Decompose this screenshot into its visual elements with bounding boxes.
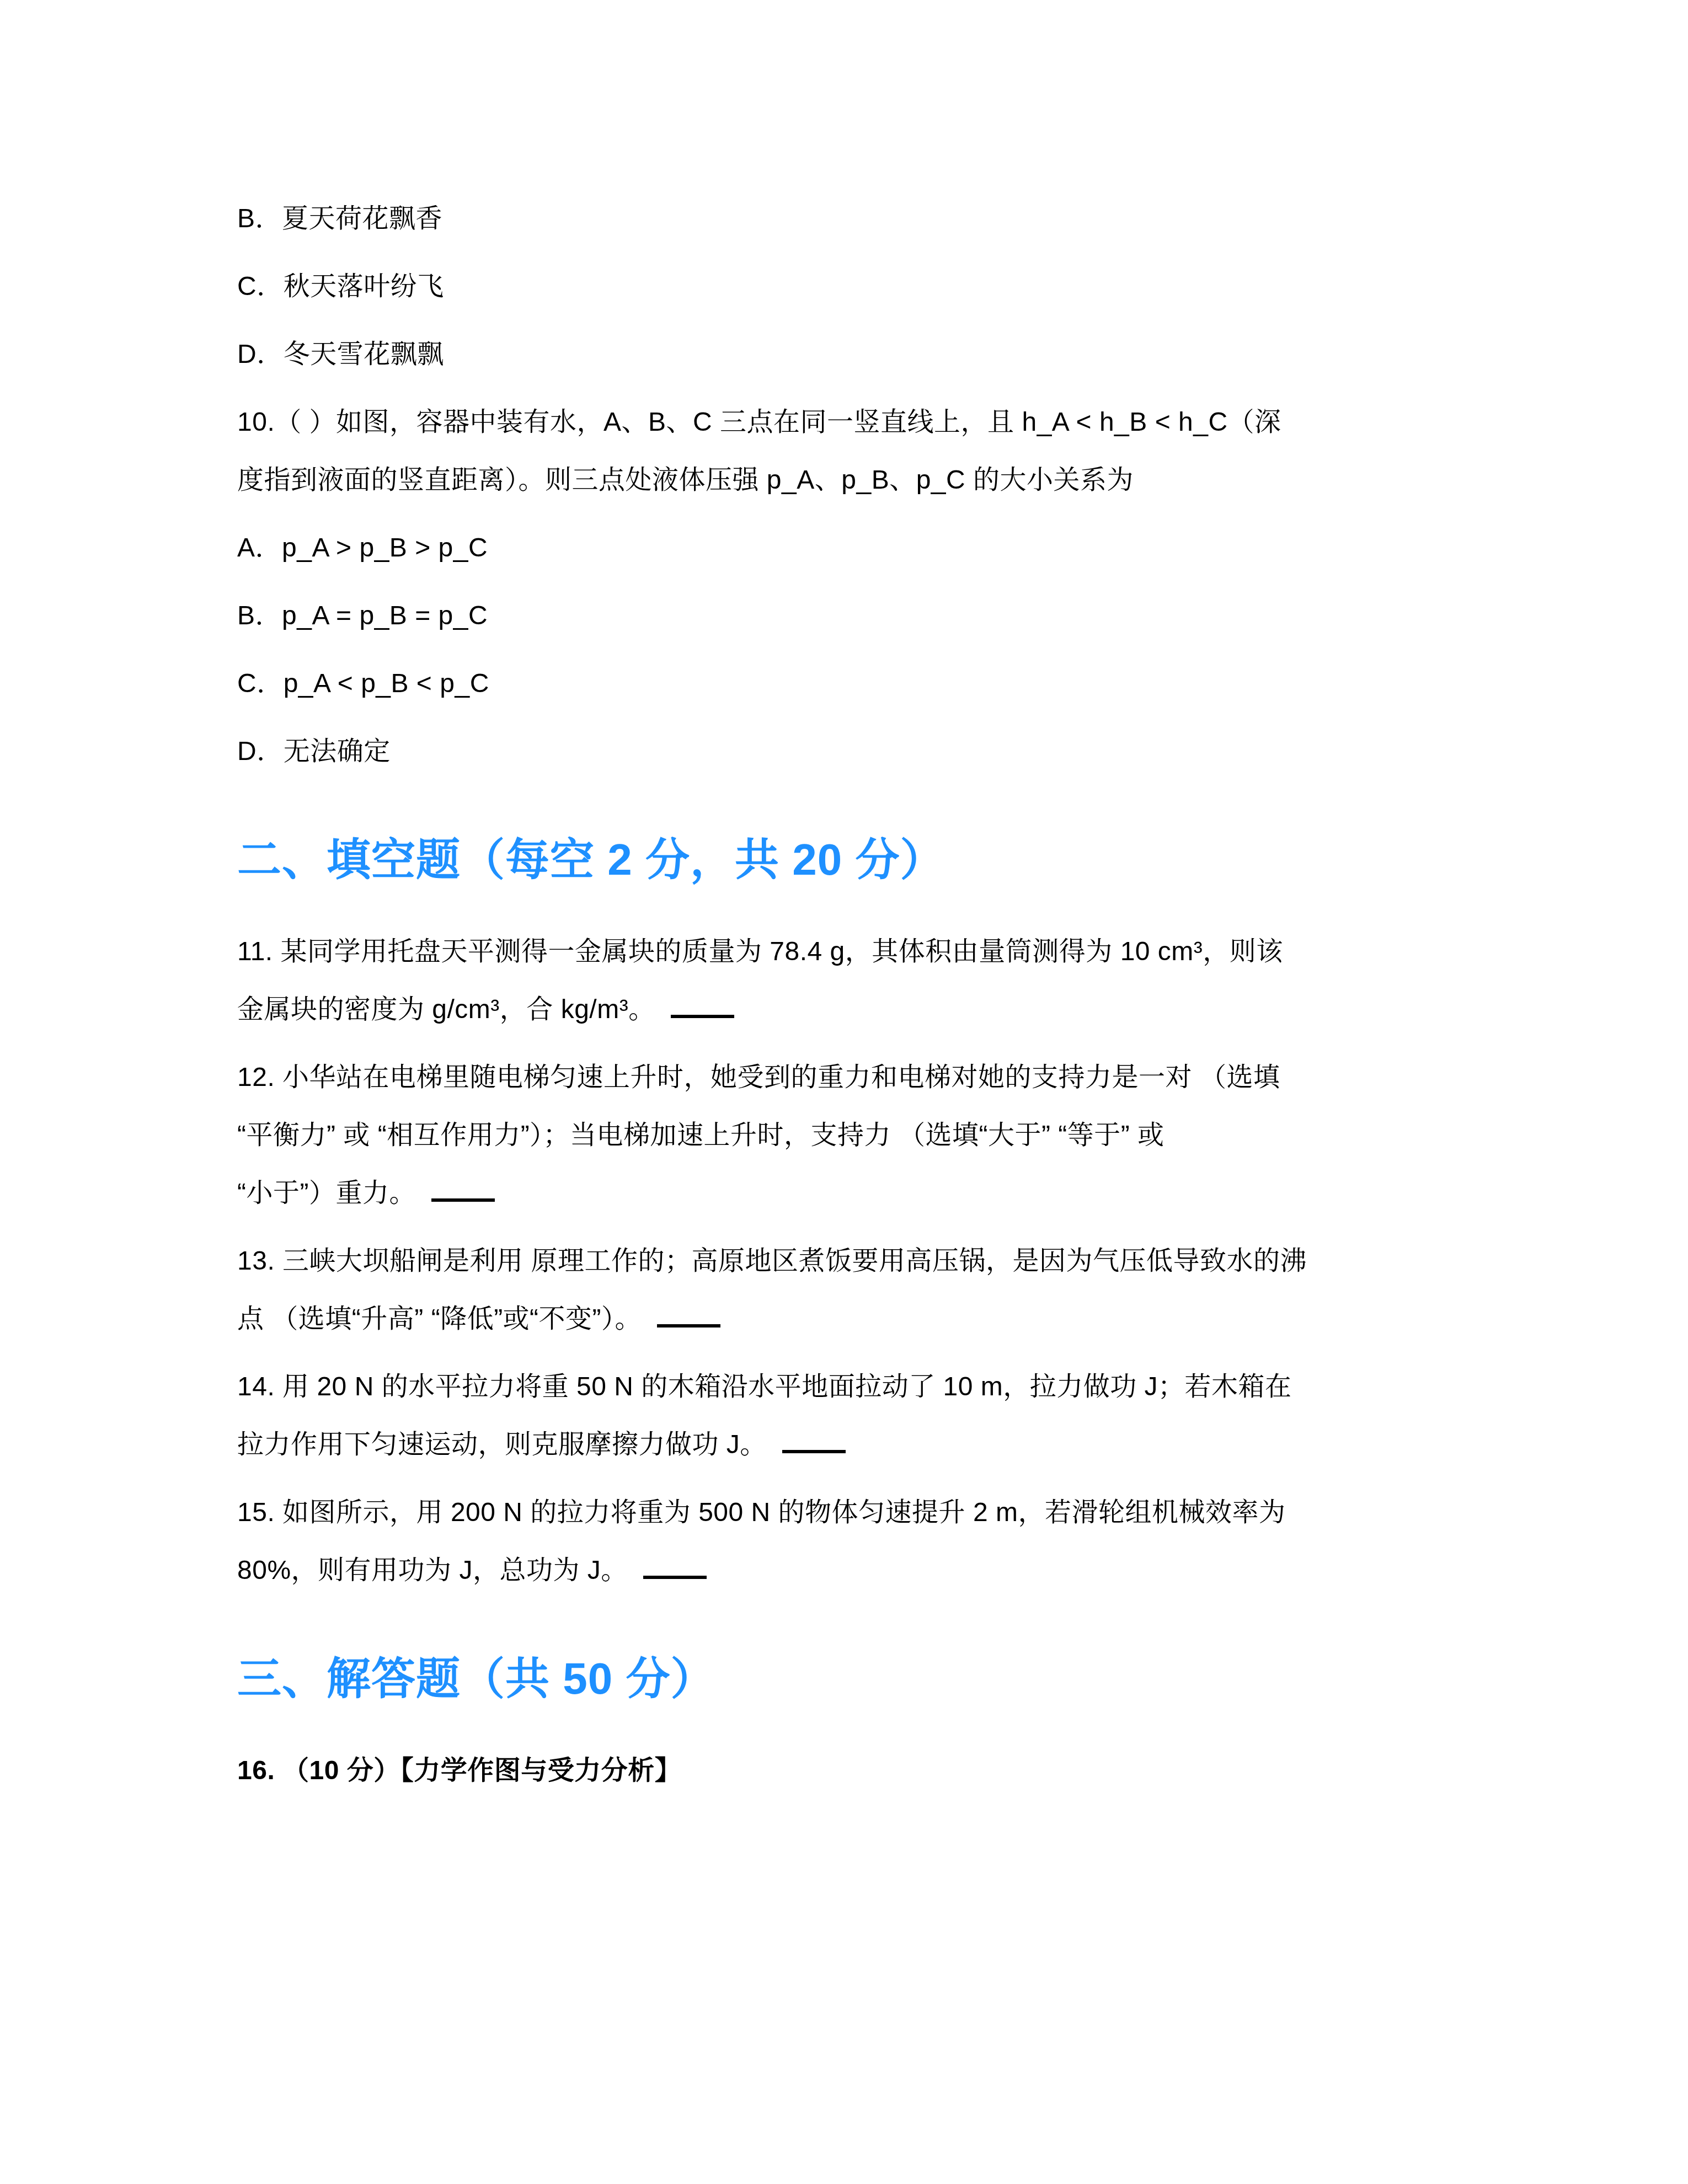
question12: 12. 小华站在电梯里随电梯匀速上升时，她受到的重力和电梯对她的支持力是一对 （…: [237, 1048, 1456, 1222]
section2-heading: 二、填空题（每空 2 分，共 20 分）: [237, 831, 1456, 888]
answer-blank: [657, 1302, 720, 1327]
question12-text: 12. 小华站在电梯里随电梯匀速上升时，她受到的重力和电梯对她的支持力是一对 （…: [237, 1063, 1280, 1208]
question15: 15. 如图所示，用 200 N 的拉力将重为 500 N 的物体匀速提升 2 …: [237, 1484, 1456, 1599]
answer-blank: [643, 1554, 707, 1579]
question10-option-d: D．无法确定: [237, 722, 1456, 780]
question10-stem: 10.（ ）如图，容器中装有水，A、B、C 三点在同一竖直线上，且 h_A < …: [237, 393, 1456, 509]
question9-option-d: D．冬天雪花飘飘: [237, 325, 1456, 383]
answer-blank: [431, 1176, 495, 1202]
answer-blank: [671, 993, 734, 1018]
question11-text: 11. 某同学用托盘天平测得一金属块的质量为 78.4 g，其体积由量筒测得为 …: [237, 937, 1283, 1024]
exam-document-page: B．夏天荷花飘香 C．秋天落叶纷飞 D．冬天雪花飘飘 10.（ ）如图，容器中装…: [0, 0, 1688, 2184]
question11: 11. 某同学用托盘天平测得一金属块的质量为 78.4 g，其体积由量筒测得为 …: [237, 923, 1456, 1039]
question15-text: 15. 如图所示，用 200 N 的拉力将重为 500 N 的物体匀速提升 2 …: [237, 1498, 1285, 1585]
section3-heading: 三、解答题（共 50 分）: [237, 1650, 1456, 1707]
question10-option-c: C．p_A < p_B < p_C: [237, 655, 1456, 713]
question9-option-b: B．夏天荷花飘香: [237, 190, 1456, 248]
question9-option-c: C．秋天落叶纷飞: [237, 258, 1456, 315]
question10-stem-text: 10.（ ）如图，容器中装有水，A、B、C 三点在同一竖直线上，且 h_A < …: [237, 408, 1281, 495]
answer-blank: [782, 1428, 846, 1453]
question13: 13. 三峡大坝船闸是利用 原理工作的；高原地区煮饭要用高压锅，是因为气压低导致…: [237, 1232, 1456, 1348]
question10-option-a: A．p_A > p_B > p_C: [237, 519, 1456, 577]
question14: 14. 用 20 N 的水平拉力将重 50 N 的木箱沿水平地面拉动了 10 m…: [237, 1358, 1456, 1474]
question10-option-b: B．p_A = p_B = p_C: [237, 587, 1456, 645]
question13-text: 13. 三峡大坝船闸是利用 原理工作的；高原地区煮饭要用高压锅，是因为气压低导致…: [237, 1246, 1307, 1334]
question16-title: 16. （10 分）【力学作图与受力分析】: [237, 1742, 1456, 1800]
question14-text: 14. 用 20 N 的水平拉力将重 50 N 的木箱沿水平地面拉动了 10 m…: [237, 1372, 1292, 1459]
